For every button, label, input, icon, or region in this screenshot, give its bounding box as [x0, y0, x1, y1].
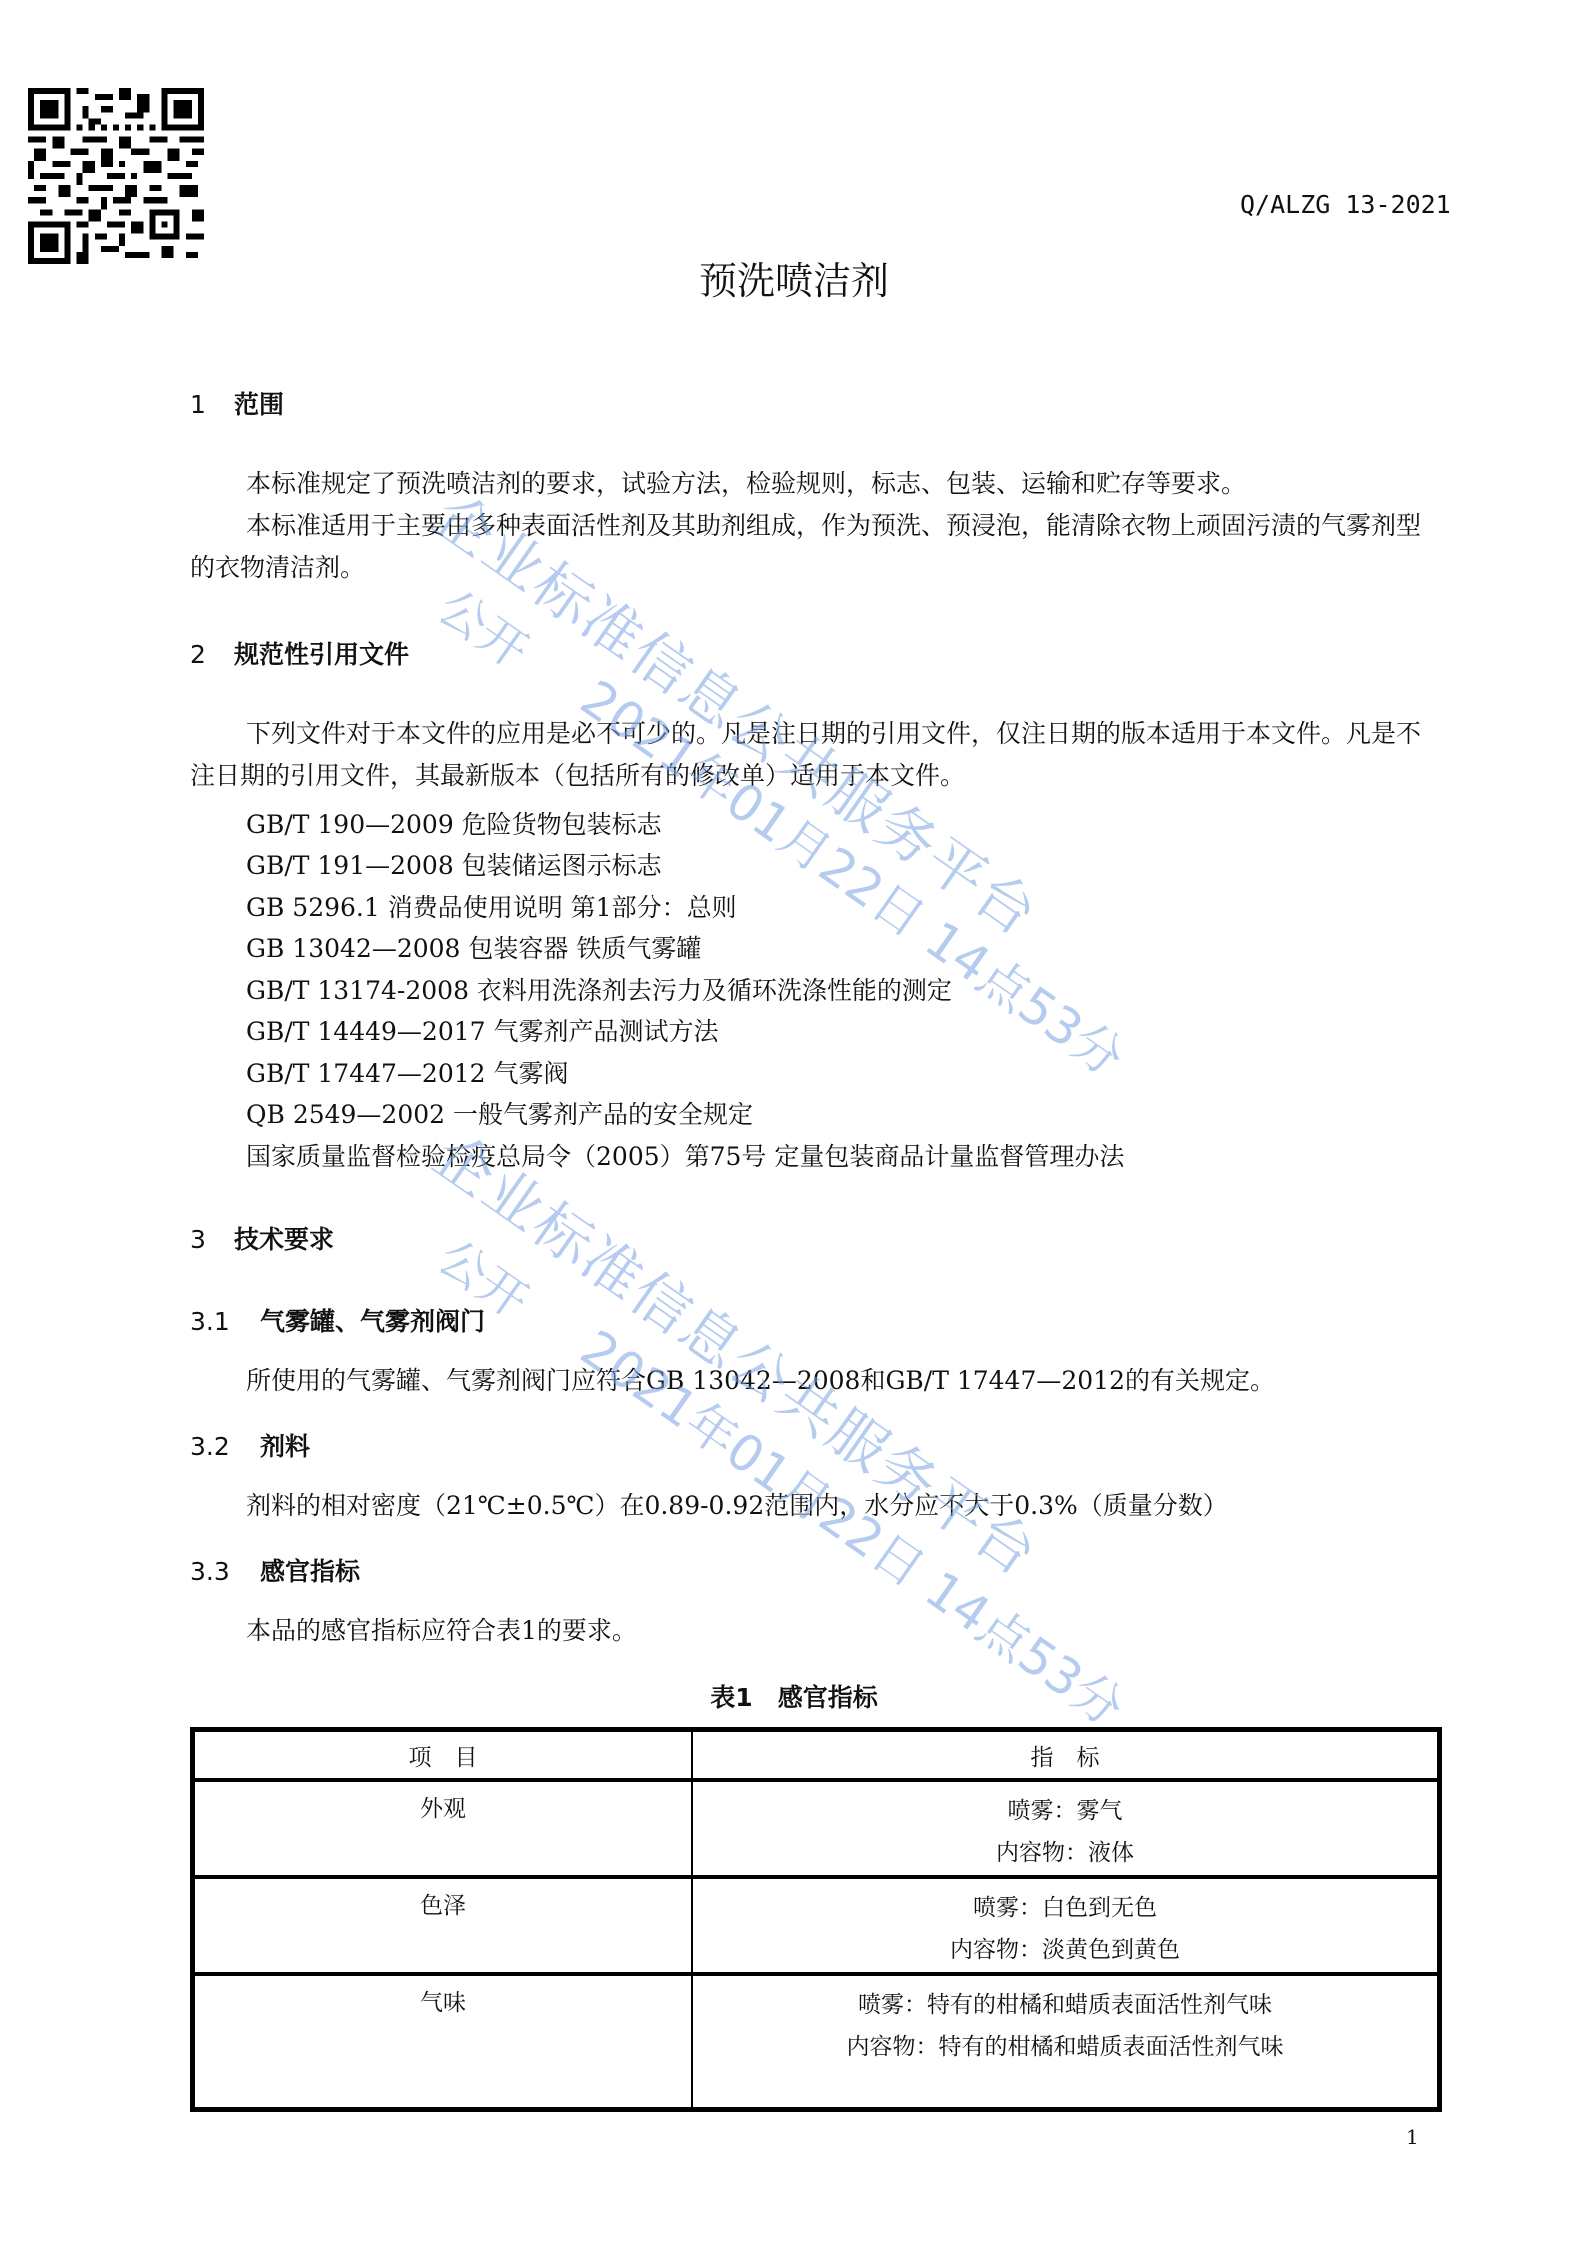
subsection-title: 气雾罐、气雾剂阀门 — [260, 1307, 485, 1336]
indicator-cell: 喷雾：特有的柑橘和蜡质表面活性剂气味 内容物：特有的柑橘和蜡质表面活性剂气味 — [692, 1974, 1440, 2110]
indicator-line: 喷雾：雾气 — [694, 1790, 1436, 1832]
section-title: 范围 — [234, 390, 284, 419]
item-cell: 外观 — [193, 1780, 693, 1877]
section-number: 1 — [190, 390, 234, 419]
subsection-number: 3.1 — [190, 1307, 260, 1336]
subsection-3-1-heading: 3.1气雾罐、气雾剂阀门 — [190, 1302, 485, 1338]
standard-code: Q/ALZG 13-2021 — [1240, 190, 1451, 219]
indicator-cell: 喷雾：白色到无色 内容物：淡黄色到黄色 — [692, 1877, 1440, 1974]
column-header-item: 项 目 — [193, 1730, 693, 1781]
subsection-number: 3.3 — [190, 1557, 260, 1586]
subsection-3-3-heading: 3.3感官指标 — [190, 1552, 360, 1588]
page-number: 1 — [1406, 2125, 1419, 2149]
qr-code-icon — [28, 88, 204, 264]
table-row: 外观 喷雾：雾气 内容物：液体 — [193, 1780, 1440, 1877]
indicator-line: 喷雾：特有的柑橘和蜡质表面活性剂气味 — [694, 1984, 1436, 2026]
reference-item: GB/T 191—2008 包装储运图示标志 — [246, 846, 662, 882]
table-header-row: 项 目 指 标 — [193, 1730, 1440, 1781]
subsection-3-2-heading: 3.2剂料 — [190, 1427, 310, 1463]
subsection-title: 剂料 — [260, 1432, 310, 1461]
section-title: 技术要求 — [234, 1225, 334, 1254]
reference-item: 国家质量监督检验检疫总局令（2005）第75号 定量包装商品计量监督管理办法 — [246, 1137, 1124, 1173]
subsection-3-1-text: 所使用的气雾罐、气雾剂阀门应符合GB 13042—2008和GB/T 17447… — [190, 1360, 1442, 1402]
section-title: 规范性引用文件 — [234, 640, 409, 669]
section-3-heading: 3技术要求 — [190, 1220, 334, 1256]
reference-item: GB/T 17447—2012 气雾阀 — [246, 1054, 569, 1090]
table-row: 气味 喷雾：特有的柑橘和蜡质表面活性剂气味 内容物：特有的柑橘和蜡质表面活性剂气… — [193, 1974, 1440, 2110]
reference-item: GB 13042—2008 包装容器 铁质气雾罐 — [246, 929, 701, 965]
subsection-number: 3.2 — [190, 1432, 260, 1461]
indicator-line: 内容物：淡黄色到黄色 — [694, 1929, 1436, 1971]
indicator-line: 内容物：液体 — [694, 1832, 1436, 1874]
table-row: 色泽 喷雾：白色到无色 内容物：淡黄色到黄色 — [193, 1877, 1440, 1974]
scope-paragraph-1: 本标准规定了预洗喷洁剂的要求，试验方法，检验规则，标志、包装、运输和贮存等要求。 — [190, 463, 1442, 505]
subsection-title: 感官指标 — [260, 1557, 360, 1586]
section-number: 2 — [190, 640, 234, 669]
reference-item: GB/T 190—2009 危险货物包装标志 — [246, 805, 662, 841]
sensory-indicators-table: 项 目 指 标 外观 喷雾：雾气 内容物：液体 色泽 喷雾：白色到无色 内容物：… — [190, 1727, 1442, 2112]
subsection-3-2-text: 剂料的相对密度（21℃±0.5℃）在0.89-0.92范围内，水分应不大于0.3… — [190, 1485, 1442, 1527]
reference-item: GB 5296.1 消费品使用说明 第1部分：总则 — [246, 888, 737, 924]
reference-item: QB 2549—2002 一般气雾剂产品的安全规定 — [246, 1095, 753, 1131]
scope-paragraph-2: 本标准适用于主要由多种表面活性剂及其助剂组成，作为预洗、预浸泡，能清除衣物上顽固… — [190, 505, 1442, 589]
reference-item: GB/T 13174-2008 衣料用洗涤剂去污力及循环洗涤性能的测定 — [246, 971, 952, 1007]
item-cell: 色泽 — [193, 1877, 693, 1974]
document-title: 预洗喷洁剂 — [0, 250, 1588, 305]
reference-item: GB/T 14449—2017 气雾剂产品测试方法 — [246, 1012, 719, 1048]
column-header-indicator: 指 标 — [692, 1730, 1440, 1781]
subsection-3-3-text: 本品的感官指标应符合表1的要求。 — [190, 1610, 1442, 1652]
document-page: Q/ALZG 13-2021 预洗喷洁剂 1范围 本标准规定了预洗喷洁剂的要求，… — [0, 0, 1588, 2245]
indicator-cell: 喷雾：雾气 内容物：液体 — [692, 1780, 1440, 1877]
section-1-heading: 1范围 — [190, 385, 284, 421]
indicator-line: 内容物：特有的柑橘和蜡质表面活性剂气味 — [694, 2026, 1436, 2068]
references-intro: 下列文件对于本文件的应用是必不可少的。凡是注日期的引用文件，仅注日期的版本适用于… — [190, 713, 1442, 797]
section-number: 3 — [190, 1225, 234, 1254]
section-2-heading: 2规范性引用文件 — [190, 635, 409, 671]
table-caption: 表1 感官指标 — [0, 1678, 1588, 1714]
indicator-line: 喷雾：白色到无色 — [694, 1887, 1436, 1929]
item-cell: 气味 — [193, 1974, 693, 2110]
